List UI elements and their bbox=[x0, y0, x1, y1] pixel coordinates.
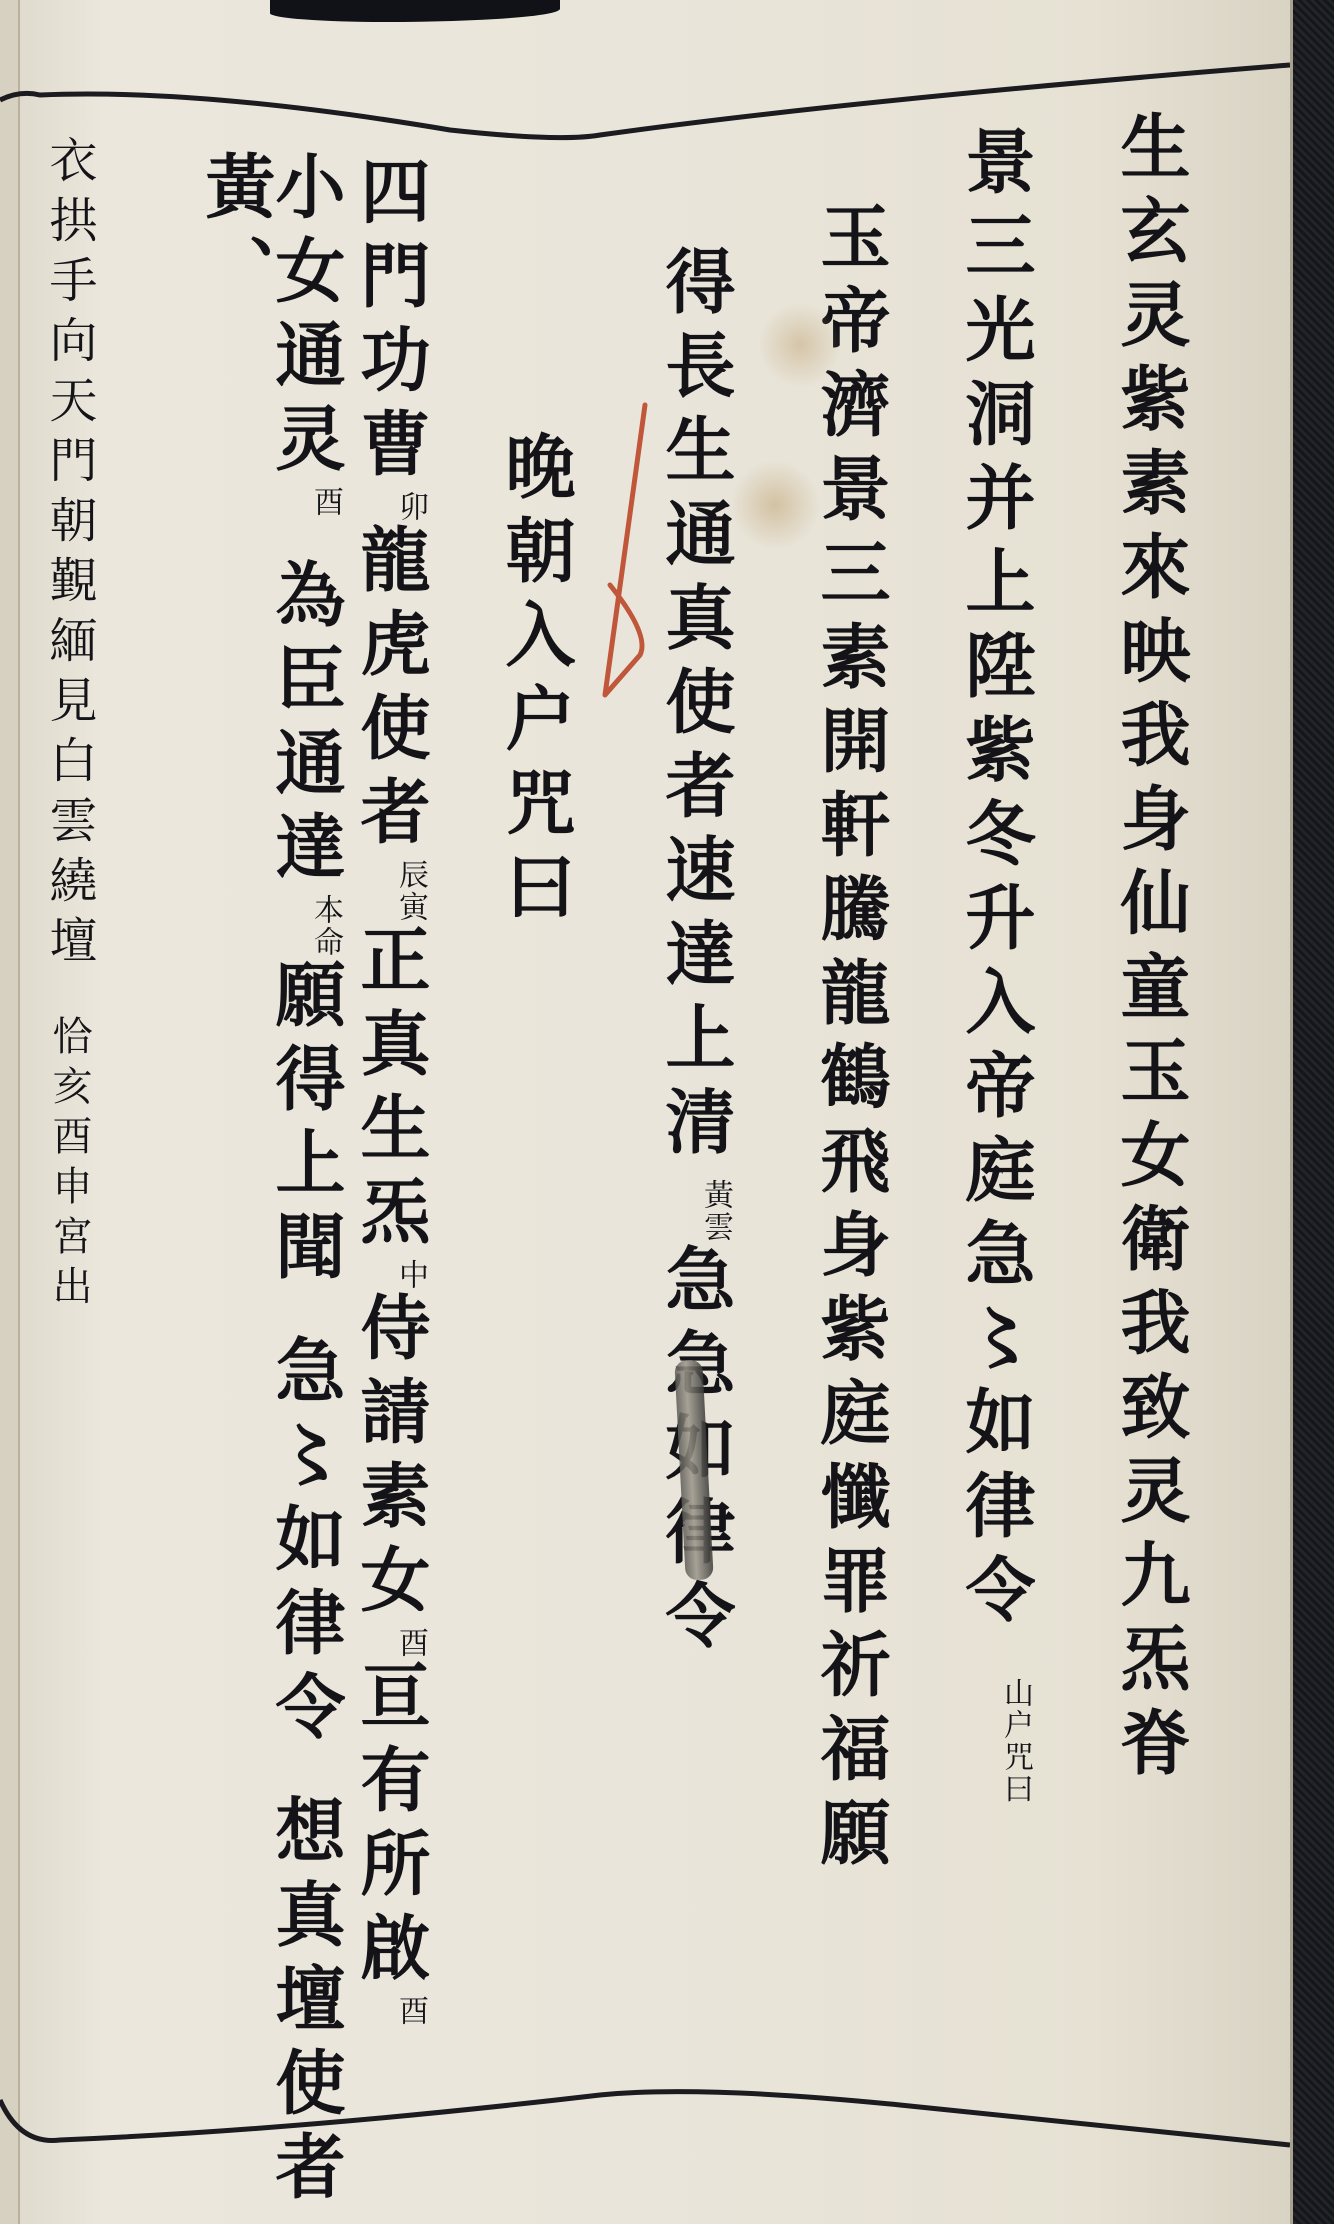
text-column-8: 衣拱手向天門朝覲緬見白雲繞壇恰亥酉申宮出 bbox=[45, 135, 93, 1315]
text-column-5: 晚朝入户咒曰 bbox=[500, 430, 570, 934]
column-7-note-1: 酉 bbox=[310, 486, 340, 518]
column-8-text: 衣拱手向天門朝覲緬見白雲繞壇 bbox=[41, 135, 97, 975]
page-gutter bbox=[0, 0, 20, 2224]
column-6-seg-2: 龍虎使者 bbox=[349, 523, 432, 859]
column-6-seg-4: 侍請素女 bbox=[349, 1291, 432, 1627]
column-1-text: 生玄灵紫素來映我身仙童玉女衛我致灵九炁脊 bbox=[1109, 110, 1192, 1790]
column-2-note: 山户咒曰 bbox=[1000, 1677, 1030, 1805]
bottom-border-rule bbox=[0, 2060, 1290, 2180]
column-7-seg-4: 急〻如律令 bbox=[264, 1334, 347, 1754]
column-6-note-5: 酉 bbox=[395, 1995, 425, 2027]
column-6-note-1: 卯 bbox=[395, 491, 425, 523]
column-7-note-2: 本命 bbox=[310, 894, 340, 958]
manuscript-page: 生玄灵紫素來映我身仙童玉女衛我致灵九炁脊 景三光洞并上陞紫冬升入帝庭急〻如律令山… bbox=[0, 0, 1293, 2224]
column-4-text-a: 得長生通真使者速達上清 bbox=[654, 245, 737, 1169]
column-6-seg-3: 正真生炁 bbox=[349, 923, 432, 1259]
column-5-heading: 晚朝入户咒曰 bbox=[494, 430, 577, 934]
column-8-tail: 恰亥酉申宮出 bbox=[49, 1015, 89, 1315]
water-stain bbox=[730, 460, 820, 550]
text-column-7: 小女通灵酉為臣通達本命願得上聞急〻如律令想真壇使者黃、 bbox=[200, 150, 340, 2224]
column-6-seg-5: 亘有所啟 bbox=[349, 1659, 432, 1995]
text-column-6: 四門功曹卯龍虎使者辰寅正真生炁中侍請素女酉亘有所啟酉 bbox=[355, 155, 425, 2027]
text-column-3: 玉帝濟景三素開軒騰龍鶴飛身紫庭懺罪祈福願 bbox=[815, 200, 885, 1880]
column-4-note: 黃雲 bbox=[700, 1169, 730, 1243]
cover-shadow bbox=[270, 0, 560, 22]
column-7-seg-3: 願得上聞 bbox=[264, 958, 347, 1294]
column-6-note-3: 中 bbox=[395, 1259, 425, 1291]
column-2-text: 景三光洞并上陞紫冬升入帝庭急〻如律令 bbox=[954, 125, 1037, 1637]
text-column-2: 景三光洞并上陞紫冬升入帝庭急〻如律令山户咒曰 bbox=[960, 125, 1030, 1805]
column-6-note-4: 酉 bbox=[395, 1627, 425, 1659]
column-7-seg-2: 為臣通達 bbox=[264, 558, 347, 894]
text-column-1: 生玄灵紫素來映我身仙童玉女衛我致灵九炁脊 bbox=[1115, 110, 1185, 1790]
column-6-note-2: 辰寅 bbox=[395, 859, 425, 923]
column-3-text: 玉帝濟景三素開軒騰龍鶴飛身紫庭懺罪祈福願 bbox=[809, 200, 892, 1880]
column-6-seg-1: 四門功曹 bbox=[349, 155, 432, 491]
